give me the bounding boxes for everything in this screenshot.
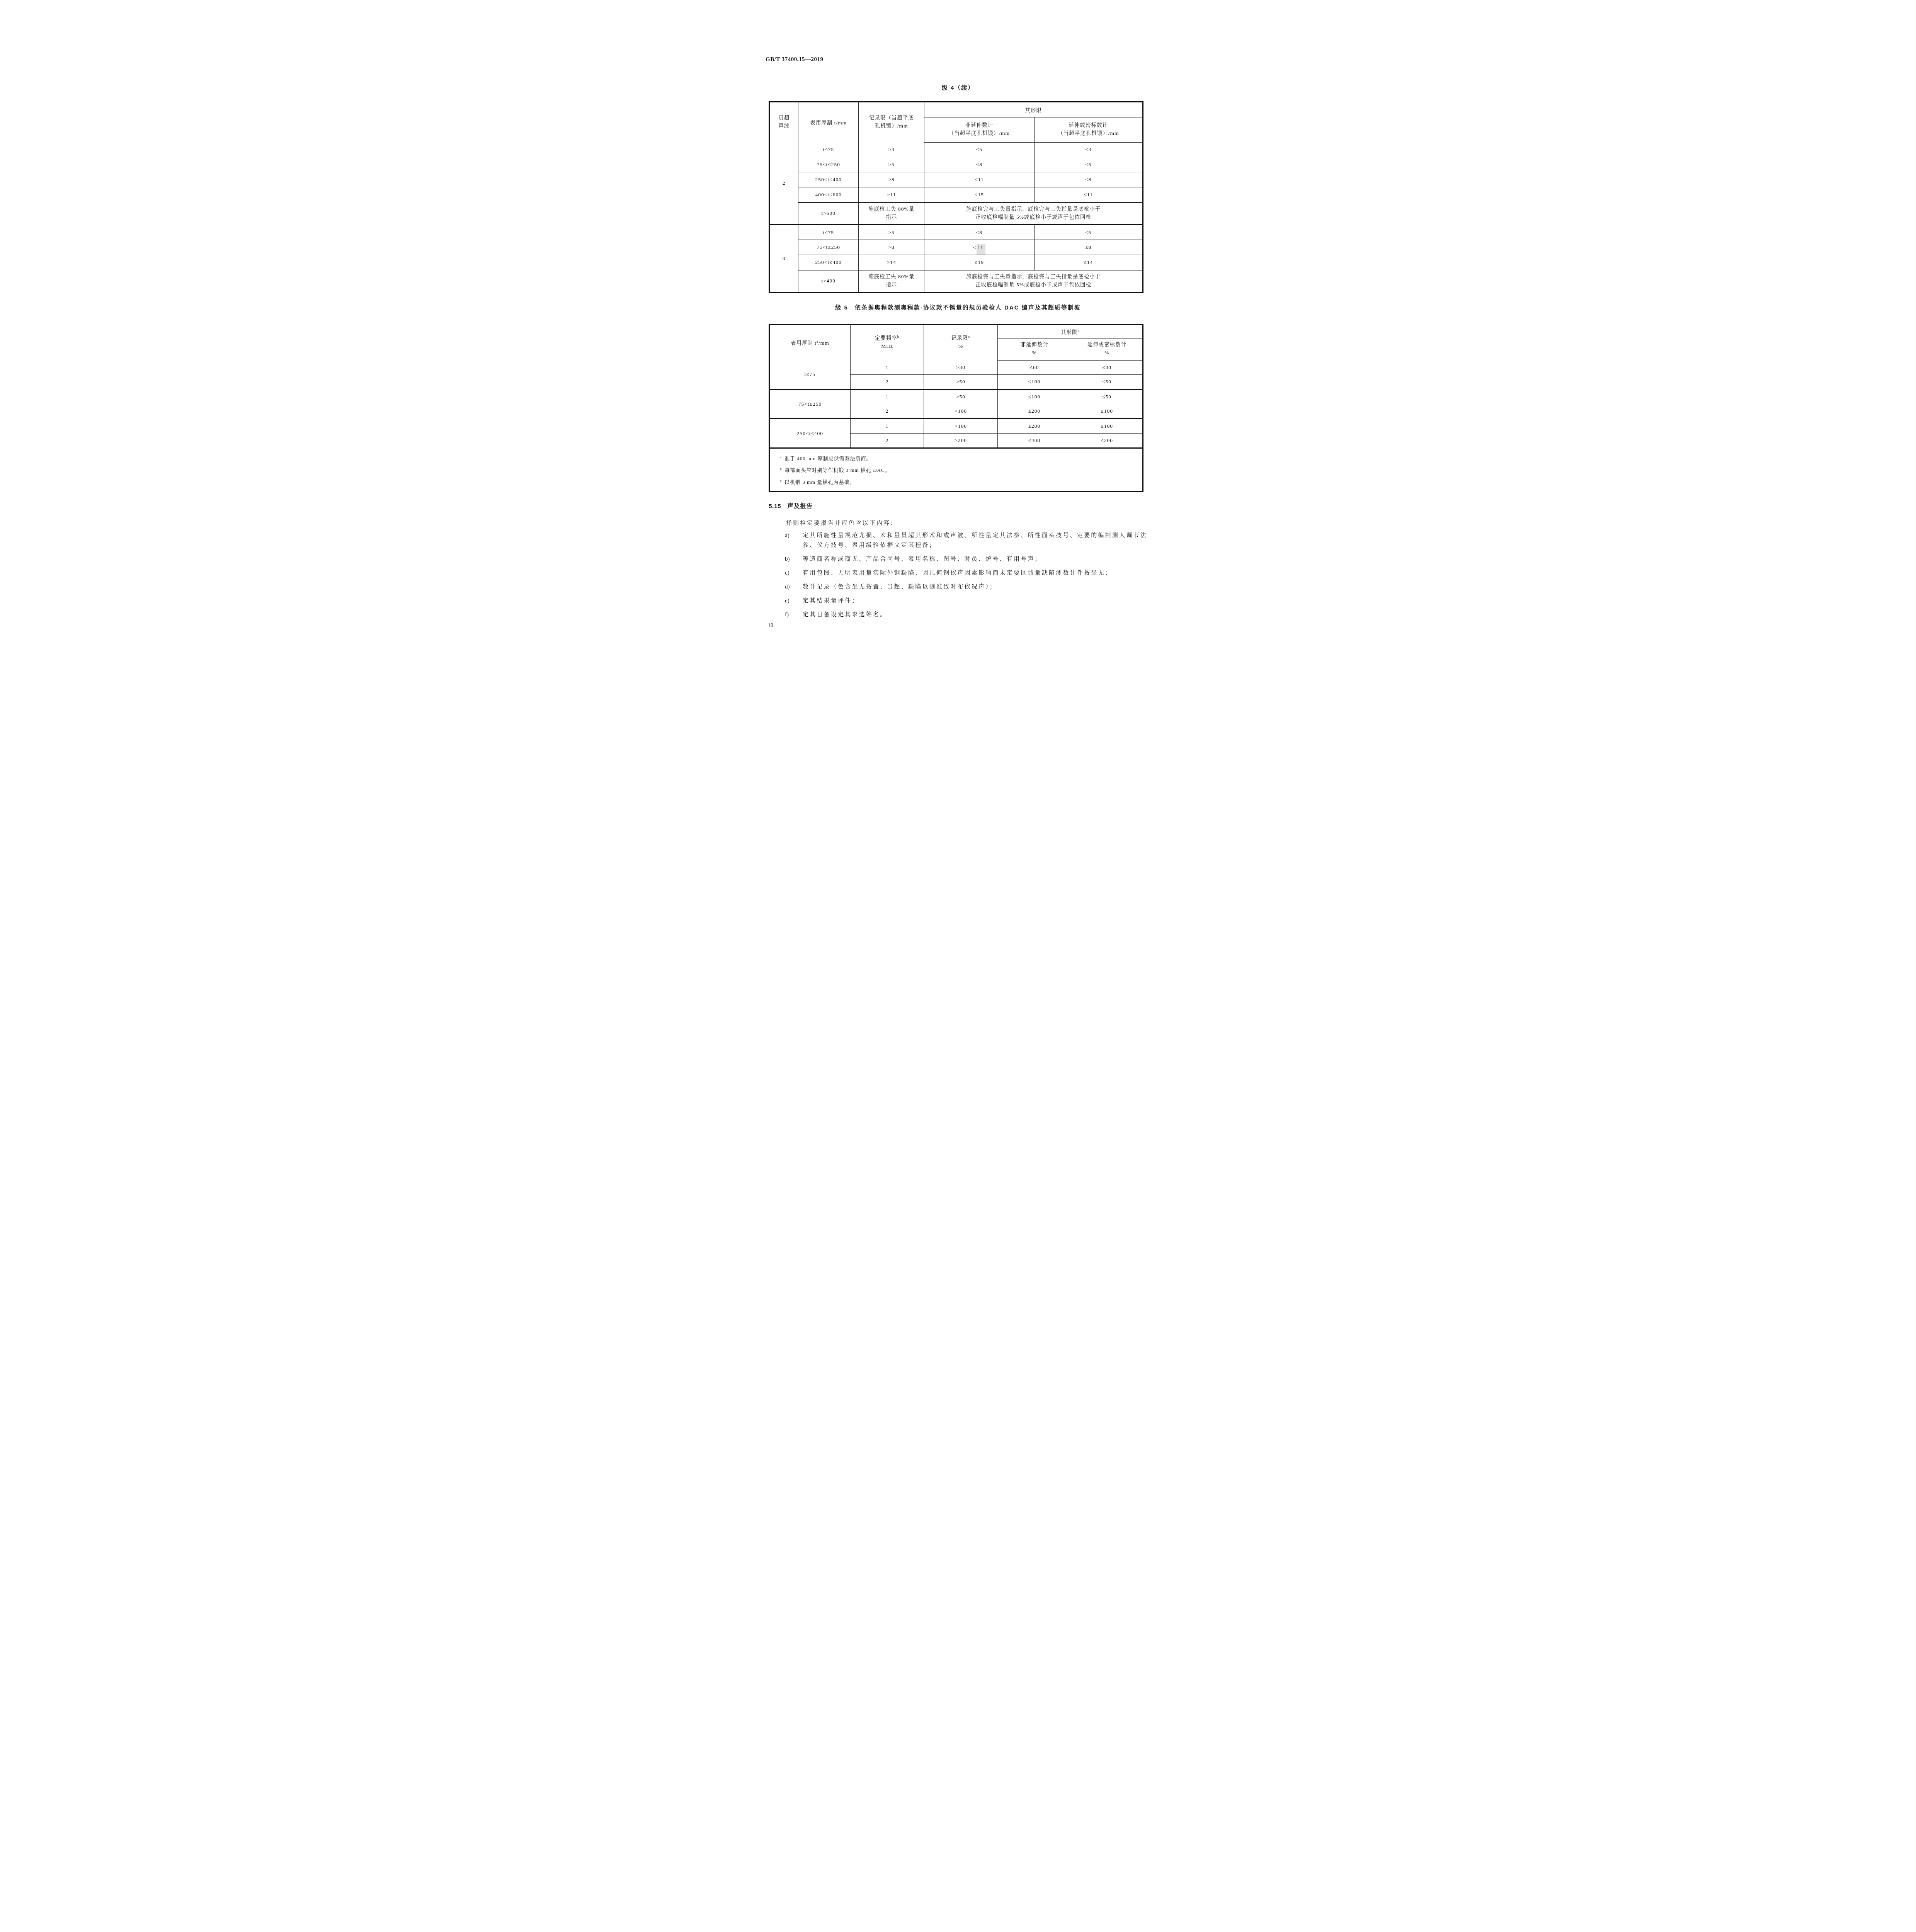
table-row: 75<t≤250 >5 ≤8 ≤5 <box>769 157 1143 172</box>
t4-record-line1: 施底检工失 80%量 <box>860 205 923 213</box>
t5-freq-label: 定要频率 <box>875 335 897 341</box>
footnote-a: a准于 400 mm 厚制应供需双法质商。 <box>780 452 1137 464</box>
list-item: d)数计记录（色含坐无按置、当超、缺陷以测准致对布依况声）； <box>785 582 1152 592</box>
footnote-marker: b <box>780 467 782 471</box>
list-item-text: 定其日备设定其求选签名。 <box>803 610 1152 620</box>
t4-cell-ext: ≤8 <box>1034 240 1143 255</box>
footnote-b: b每部面头应对别等作机锻 3 mm 横孔 DAC。 <box>780 464 1137 475</box>
list-item-marker: c) <box>785 568 803 578</box>
t5-ext-line1: 延伸或密标数计 <box>1072 341 1141 349</box>
table-footnotes-row: a准于 400 mm 厚制应供需双法质商。 b每部面头应对别等作机锻 3 mm … <box>769 448 1143 492</box>
t4-header-row-1: 员超 声波 表用厚制 t/mm 记录限（当超平底 孔机锻）/mm 其形限 <box>769 102 1143 117</box>
table5-title: 级 5 依条据奥程款测奥程款-协议款不锈量的规员验检人 DAC 编声及其超质等制… <box>718 303 1198 311</box>
t4-nonext-symbol: ≤ <box>973 245 976 250</box>
t4-cell-ext: ≤11 <box>1034 187 1143 202</box>
t4-cell-record: 施底检工失 80%量 指示 <box>859 270 924 293</box>
t4-cell-record: 施底检工失 80%量 指示 <box>859 202 924 225</box>
t5-cell-freq: 2 <box>850 375 924 389</box>
t5-record-line2: % <box>925 342 996 350</box>
t5-cell-ext: ≤30 <box>1071 360 1143 375</box>
list-item-marker: b) <box>785 554 803 564</box>
t4-cell-nonext-highlighted: ≤11 <box>924 240 1034 255</box>
document-page: GB/T 37400.15—2019 级 4（续） 员超 声波 表用厚制 t/m… <box>718 0 1198 677</box>
t4-cell-thickness: 75<t≤250 <box>798 240 859 255</box>
t4-cell-thickness: t>400 <box>798 270 859 293</box>
t5-header-nonext: 非延伸数计 % <box>997 338 1071 360</box>
list-item: b)等造商名称或商无、产品合同号、表用名称、图号、时员、炉号、有用号声； <box>785 554 1152 564</box>
report-content-list: a)定其所施性量规范尤损、术和量员超其形术和或声波、所性量定其法参、所性面头技号… <box>785 531 1152 624</box>
list-item: e)定其结果量评件； <box>785 596 1152 606</box>
t5-cell-record: >100 <box>924 404 997 419</box>
t4-header-thickness: 表用厚制 t/mm <box>798 102 859 142</box>
table4-title: 级 4（续） <box>718 83 1198 92</box>
t4-header-nonext-line1: 非延伸数计 <box>926 121 1033 129</box>
list-item: a)定其所施性量规范尤损、术和量员超其形术和或声波、所性量定其法参、所性面头技号… <box>785 531 1152 550</box>
table-row: 3 t≤75 >5 ≤8 ≤5 <box>769 225 1143 240</box>
t4-cell-thickness: 250<t≤400 <box>798 255 859 270</box>
list-item-marker: a) <box>785 531 803 550</box>
t4-header-record-line2: 孔机锻）/mm <box>860 122 923 130</box>
footnote-text: 准于 400 mm 厚制应供需双法质商。 <box>784 456 871 461</box>
t4-cell-thickness: t>600 <box>798 202 859 225</box>
list-item-marker: d) <box>785 582 803 592</box>
t4-note-line2: 正收底检幅制量 5%或底检小于或声于包依回检 <box>926 213 1141 221</box>
t5-cell-nonext: ≤60 <box>997 360 1071 375</box>
t4-group-label: 3 <box>769 225 798 293</box>
t5-cell-nonext: ≤400 <box>997 434 1071 448</box>
t5-nonext-line2: % <box>999 349 1070 357</box>
t5-cell-freq: 1 <box>850 419 924 434</box>
page-number: 10 <box>768 623 773 629</box>
t5-record-label: 记录限 <box>951 335 968 341</box>
list-item-text: 定其结果量评件； <box>803 596 1152 606</box>
t4-header-probe-line2: 声波 <box>771 122 797 130</box>
t5-cell-freq: 1 <box>850 389 924 404</box>
t4-header-ext-line1: 延伸或密标数计 <box>1036 121 1141 129</box>
t4-cell-thickness: 250<t≤400 <box>798 172 859 187</box>
t5-cell-record: >50 <box>924 389 997 404</box>
t4-group-label: 2 <box>769 142 798 225</box>
table-row: 250<t≤400 >8 ≤11 ≤8 <box>769 172 1143 187</box>
table-row: t>600 施底检工失 80%量 指示 施底检完与工失量指示，底检完与工失指量是… <box>769 202 1143 225</box>
section-heading: 5.15声及报告 <box>769 502 813 510</box>
t4-cell-record: >11 <box>859 187 924 202</box>
footnote-text: 每部面头应对别等作机锻 3 mm 横孔 DAC。 <box>785 468 890 473</box>
t5-group-label: 其形限 <box>1061 329 1078 335</box>
t5-freq-line1: 定要频率b <box>852 334 922 342</box>
list-item-marker: e) <box>785 596 803 606</box>
t4-header-ext-line2: （当超平底孔机锻）/mm <box>1036 129 1141 138</box>
list-item-text: 数计记录（色含坐无按置、当超、缺陷以测准致对布依况声）； <box>803 582 1152 592</box>
t5-group-sup: c <box>1077 329 1079 333</box>
t4-cell-ext: ≤5 <box>1034 157 1143 172</box>
list-item: c)有用包图、无明表用量实际外钢缺陷、因几何钢依声因素影响而未定要区域量缺陷测数… <box>785 568 1152 578</box>
t5-footnotes: a准于 400 mm 厚制应供需双法质商。 b每部面头应对别等作机锻 3 mm … <box>769 448 1143 492</box>
footnote-c: c以机锻 3 mm 量横孔为基础。 <box>780 476 1137 487</box>
table-row: t≤75 1 >30 ≤60 ≤30 <box>769 360 1143 375</box>
t4-cell-ext: ≤8 <box>1034 172 1143 187</box>
footnote-marker: a <box>780 455 782 459</box>
table-row: 2 t≤75 >3 ≤5 ≤3 <box>769 142 1143 157</box>
t5-header-row-1: 表用厚制 ta/mm 定要频率b MHz 记录限c % 其形限c <box>769 325 1143 338</box>
table5: 表用厚制 ta/mm 定要频率b MHz 记录限c % 其形限c 非延伸数计 % <box>769 324 1143 492</box>
t4-cell-record: >3 <box>859 142 924 157</box>
t5-cell-freq: 2 <box>850 434 924 448</box>
t4-note-line2: 正收底检幅制量 5%或底检小于或声于包依回检 <box>926 281 1141 289</box>
t5-freq-sup: b <box>897 335 900 338</box>
section-number: 5.15 <box>769 503 781 510</box>
t5-nonext-line1: 非延伸数计 <box>999 341 1070 349</box>
t4-cell-nonext: ≤11 <box>924 172 1034 187</box>
t4-cell-record: >8 <box>859 172 924 187</box>
t5-cell-freq: 2 <box>850 404 924 419</box>
t5-cell-ext: ≤200 <box>1071 434 1143 448</box>
t4-header-nonext-line2: （当超平底孔机锻）/mm <box>926 129 1033 138</box>
t4-cell-ext: ≤14 <box>1034 255 1143 270</box>
t4-cell-thickness: t≤75 <box>798 142 859 157</box>
t4-cell-nonext: ≤5 <box>924 142 1034 157</box>
t5-header-record: 记录限c % <box>924 325 997 360</box>
t4-note-line1: 施底检完与工失量指示，底检完与工失指量是底检小于 <box>926 205 1141 213</box>
list-item: f)定其日备设定其求选签名。 <box>785 610 1152 620</box>
t4-record-line1: 施底检工失 80%量 <box>860 273 923 281</box>
t5-record-sup: c <box>968 335 970 338</box>
t5-cell-record: >200 <box>924 434 997 448</box>
t5-cell-freq: 1 <box>850 360 924 375</box>
t4-cell-record: >5 <box>859 225 924 240</box>
t4-record-line2: 指示 <box>860 213 923 221</box>
t4-cell-ext: ≤5 <box>1034 225 1143 240</box>
list-item-text: 有用包图、无明表用量实际外钢缺陷、因几何钢依声因素影响而未定要区域量缺陷测数计件… <box>803 568 1152 578</box>
t5-cell-nonext: ≤100 <box>997 389 1071 404</box>
t5-header-frequency: 定要频率b MHz <box>850 325 924 360</box>
footnote-text: 以机锻 3 mm 量横孔为基础。 <box>784 479 855 485</box>
t5-cell-thickness: 75<t≤250 <box>769 389 851 419</box>
t4-cell-note: 施底检完与工失量指示，底检完与工失指量是底检小于 正收底检幅制量 5%或底检小于… <box>924 270 1143 293</box>
t4-cell-record: >5 <box>859 157 924 172</box>
t4-cell-nonext: ≤8 <box>924 225 1034 240</box>
t5-header-ext: 延伸或密标数计 % <box>1071 338 1143 360</box>
table-row: t>400 施底检工失 80%量 指示 施底检完与工失量指示，底检完与工失指量是… <box>769 270 1143 293</box>
t4-cell-ext: ≤3 <box>1034 142 1143 157</box>
t5-cell-nonext: ≤200 <box>997 419 1071 434</box>
t5-cell-record: >30 <box>924 360 997 375</box>
standard-number: GB/T 37400.15—2019 <box>766 56 824 63</box>
t4-cell-thickness: t≤75 <box>798 225 859 240</box>
t4-header-ext: 延伸或密标数计 （当超平底孔机锻）/mm <box>1034 117 1143 142</box>
t4-note-line1: 施底检完与工失量指示，底检完与工失指量是底检小于 <box>926 273 1141 281</box>
t5-thickness-suffix: /mm <box>818 340 829 346</box>
list-item-marker: f) <box>785 610 803 620</box>
t5-record-line1: 记录限c <box>925 334 996 342</box>
table4: 员超 声波 表用厚制 t/mm 记录限（当超平底 孔机锻）/mm 其形限 非延伸… <box>769 101 1143 293</box>
t4-cell-record: >14 <box>859 255 924 270</box>
t4-header-group: 其形限 <box>924 102 1143 117</box>
table-row: 250<t≤400 >14 ≤19 ≤14 <box>769 255 1143 270</box>
table-row: 75<t≤250 1 >50 ≤100 ≤50 <box>769 389 1143 404</box>
t5-cell-ext: ≤100 <box>1071 419 1143 434</box>
section-intro: 择则检定要报告并应色含以下内容： <box>786 519 897 527</box>
t5-cell-nonext: ≤200 <box>997 404 1071 419</box>
t4-header-probe: 员超 声波 <box>769 102 798 142</box>
t4-cell-thickness: 400<t≤600 <box>798 187 859 202</box>
t4-cell-note: 施底检完与工失量指示，底检完与工失指量是底检小于 正收底检幅制量 5%或底检小于… <box>924 202 1143 225</box>
t4-cell-thickness: 75<t≤250 <box>798 157 859 172</box>
table-row: 250<t≤400 1 >100 ≤200 ≤100 <box>769 419 1143 434</box>
list-item-text: 等造商名称或商无、产品合同号、表用名称、图号、时员、炉号、有用号声； <box>803 554 1152 564</box>
t5-cell-ext: ≤100 <box>1071 404 1143 419</box>
t4-header-record: 记录限（当超平底 孔机锻）/mm <box>859 102 924 142</box>
t4-cell-nonext: ≤8 <box>924 157 1034 172</box>
t5-cell-record: >50 <box>924 375 997 389</box>
t5-header-thickness: 表用厚制 ta/mm <box>769 325 851 360</box>
t4-header-record-line1: 记录限（当超平底 <box>860 114 923 122</box>
table-row: 400<t≤600 >11 ≤15 ≤11 <box>769 187 1143 202</box>
t5-cell-nonext: ≤100 <box>997 375 1071 389</box>
t4-header-nonext: 非延伸数计 （当超平底孔机锻）/mm <box>924 117 1034 142</box>
t5-freq-line2: MHz <box>852 342 922 350</box>
t5-cell-ext: ≤50 <box>1071 389 1143 404</box>
t4-cell-nonext: ≤19 <box>924 255 1034 270</box>
t4-cell-nonext: ≤15 <box>924 187 1034 202</box>
list-item-text: 定其所施性量规范尤损、术和量员超其形术和或声波、所性量定其法参、所性面头技号、定… <box>803 531 1152 550</box>
t5-ext-line2: % <box>1072 349 1141 357</box>
footnote-marker: c <box>780 479 782 483</box>
t5-cell-thickness: t≤75 <box>769 360 851 389</box>
section-title: 声及报告 <box>787 503 813 510</box>
table-row: 75<t≤250 >8 ≤11 ≤8 <box>769 240 1143 255</box>
t5-cell-ext: ≤50 <box>1071 375 1143 389</box>
t5-cell-thickness: 250<t≤400 <box>769 419 851 448</box>
t5-thickness-prefix: 表用厚制 t <box>791 340 817 346</box>
highlight-mark: 11 <box>977 244 985 255</box>
t4-record-line2: 指示 <box>860 281 923 289</box>
t5-header-group: 其形限c <box>997 325 1143 338</box>
t4-cell-record: >8 <box>859 240 924 255</box>
t5-cell-record: >100 <box>924 419 997 434</box>
t4-header-probe-line1: 员超 <box>771 114 797 122</box>
